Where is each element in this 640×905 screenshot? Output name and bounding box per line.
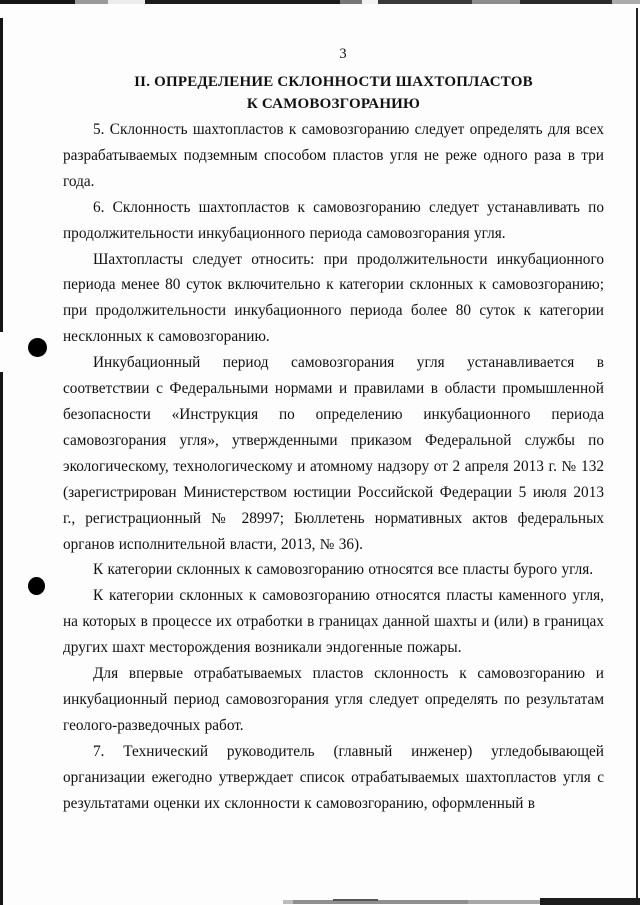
paragraph-item-5: 5. Склонность шахтопластов к самовозгора… [63, 117, 604, 195]
paragraph-incubation-period-rules: Инкубационный период самовозгорания угля… [63, 350, 604, 557]
punch-hole-bottom [28, 577, 45, 595]
scanned-document-page: 3 II. ОПРЕДЕЛЕНИЕ СКЛОННОСТИ ШАХТОПЛАСТО… [0, 0, 640, 905]
section-heading-line2: К САМОВОЗГОРАНИЮ [63, 93, 604, 115]
section-heading: II. ОПРЕДЕЛЕНИЕ СКЛОННОСТИ ШАХТОПЛАСТОВ … [63, 71, 604, 115]
paragraph-first-mined-seams: Для впервые отрабатываемых пластов склон… [63, 661, 604, 739]
punch-hole-top [28, 338, 47, 357]
scan-edge-right [636, 8, 638, 905]
paragraph-item-7: 7. Технический руководитель (главный инж… [63, 739, 604, 817]
paragraph-hard-coal: К категории склонных к самовозгоранию от… [63, 583, 604, 661]
document-body: 5. Склонность шахтопластов к самовозгора… [63, 117, 604, 816]
scan-smudge-bottom-black [540, 898, 640, 905]
scan-smudge-bottom-gray [283, 900, 540, 904]
scan-edge-top [0, 0, 640, 4]
paragraph-shahtoplasty-categories: Шахтопласты следует относить: при продол… [63, 247, 604, 351]
scan-edge-left [0, 18, 3, 905]
scan-smudge-bottom-dash [333, 899, 378, 901]
page-number: 3 [63, 46, 623, 63]
paragraph-brown-coal: К категории склонных к самовозгоранию от… [63, 557, 604, 583]
scan-edge-left-gap [0, 332, 3, 372]
section-heading-line1: II. ОПРЕДЕЛЕНИЕ СКЛОННОСТИ ШАХТОПЛАСТОВ [63, 71, 604, 93]
paragraph-item-6: 6. Склонность шахтопластов к самовозгора… [63, 195, 604, 247]
